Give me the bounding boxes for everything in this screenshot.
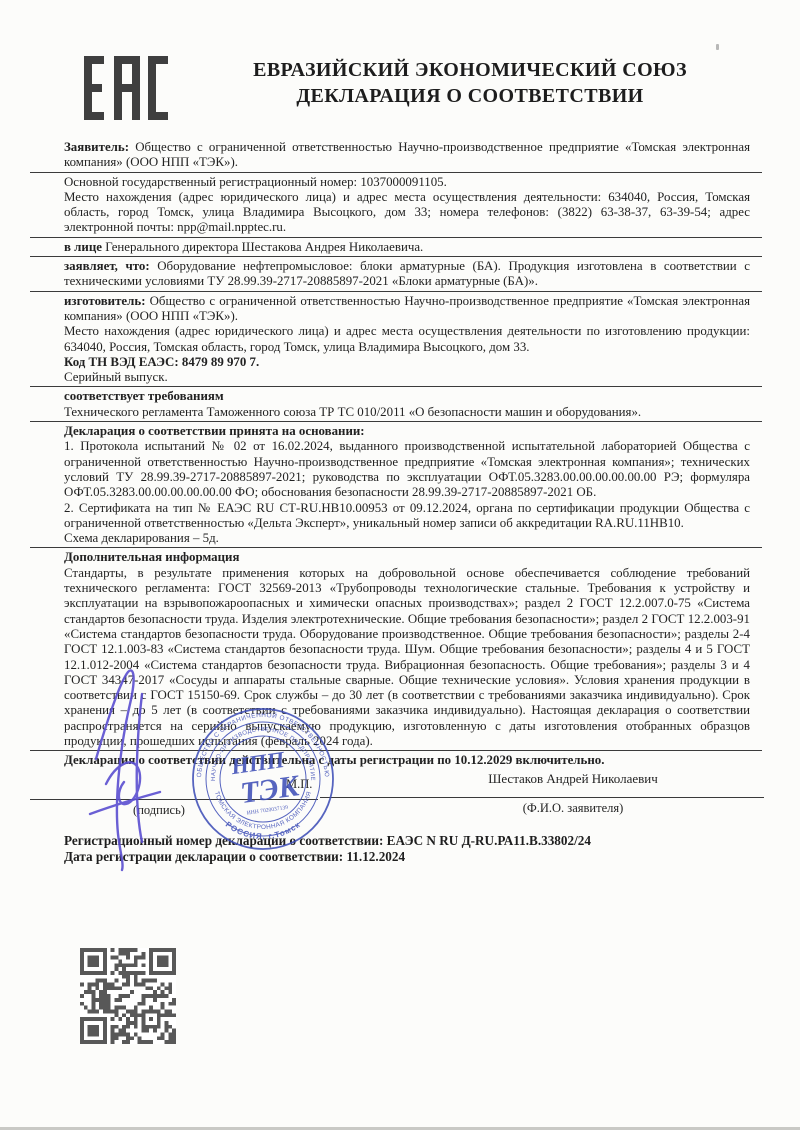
manufacturer-paragraph: изготовитель: Общество с ограниченной от…: [64, 294, 750, 325]
person-text: Генерального директора Шестакова Андрея …: [102, 240, 423, 254]
document-title: ЕВРАЗИЙСКИЙ ЭКОНОМИЧЕСКИЙ СОЮЗ ДЕКЛАРАЦИ…: [170, 57, 770, 109]
applicant-paragraph: Заявитель: Общество с ограниченной ответ…: [64, 140, 750, 171]
handwritten-signature: [76, 664, 202, 876]
basis-item-1: 1. Протокола испытаний № 02 от 16.02.202…: [64, 439, 750, 500]
qr-code: [80, 948, 176, 1044]
manufacturer-label: изготовитель:: [64, 294, 146, 308]
section-divider: [30, 386, 762, 387]
additional-info-heading: Дополнительная информация: [64, 550, 750, 565]
fio-caption: (Ф.И.О. заявителя): [384, 801, 762, 816]
ogrn-paragraph: Основной государственный регистрационный…: [64, 175, 750, 190]
applicant-address-paragraph: Место нахождения (адрес юридического лиц…: [64, 190, 750, 236]
fio-line: [320, 797, 764, 798]
basis-item-2: 2. Сертификата на тип № ЕАЭС RU СТ-RU.НВ…: [64, 501, 750, 532]
compliance-heading: соответствует требованиям: [64, 389, 750, 404]
section-divider: [30, 256, 762, 257]
applicant-fio: Шестаков Андрей Николаевич: [384, 771, 762, 787]
title-line-declaration: ДЕКЛАРАЦИЯ О СООТВЕТСТВИИ: [170, 83, 770, 109]
section-divider: [30, 172, 762, 173]
declaration-document-page: ЕВРАЗИЙСКИЙ ЭКОНОМИЧЕСКИЙ СОЮЗ ДЕКЛАРАЦИ…: [0, 0, 800, 1130]
title-line-union: ЕВРАЗИЙСКИЙ ЭКОНОМИЧЕСКИЙ СОЮЗ: [170, 57, 770, 83]
section-divider: [30, 291, 762, 292]
eac-logo: [84, 56, 168, 120]
declares-label: заявляет, что:: [64, 259, 150, 273]
stamp-center-tek: ТЭК: [238, 769, 302, 810]
applicant-text: Общество с ограниченной ответственностью…: [64, 140, 750, 169]
section-divider: [30, 547, 762, 548]
manufacturer-text: Общество с ограниченной ответственностью…: [64, 294, 750, 323]
tnved-code-line: Код ТН ВЭД ЕАЭС: 8479 89 970 7.: [64, 355, 750, 370]
compliance-text: Технического регламента Таможенного союз…: [64, 405, 750, 420]
basis-heading: Декларация о соответствии принята на осн…: [64, 424, 750, 439]
declares-paragraph: заявляет, что: Оборудование нефтепромысл…: [64, 259, 750, 290]
section-divider: [30, 237, 762, 238]
applicant-label: Заявитель:: [64, 140, 129, 154]
scan-artifact: [716, 44, 719, 50]
company-stamp: ОБЩЕСТВО С ОГРАНИЧЕННОЙ ОТВЕТСТВЕННОСТЬЮ…: [190, 706, 336, 852]
person-paragraph: в лице Генерального директора Шестакова …: [64, 240, 750, 255]
person-label: в лице: [64, 240, 102, 254]
serial-release-line: Серийный выпуск.: [64, 370, 750, 385]
declaration-scheme-line: Схема декларирования – 5д.: [64, 531, 750, 546]
declares-text: Оборудование нефтепромысловое: блоки арм…: [64, 259, 750, 288]
manufacturer-address-paragraph: Место нахождения (адрес юридического лиц…: [64, 324, 750, 355]
section-divider: [30, 421, 762, 422]
